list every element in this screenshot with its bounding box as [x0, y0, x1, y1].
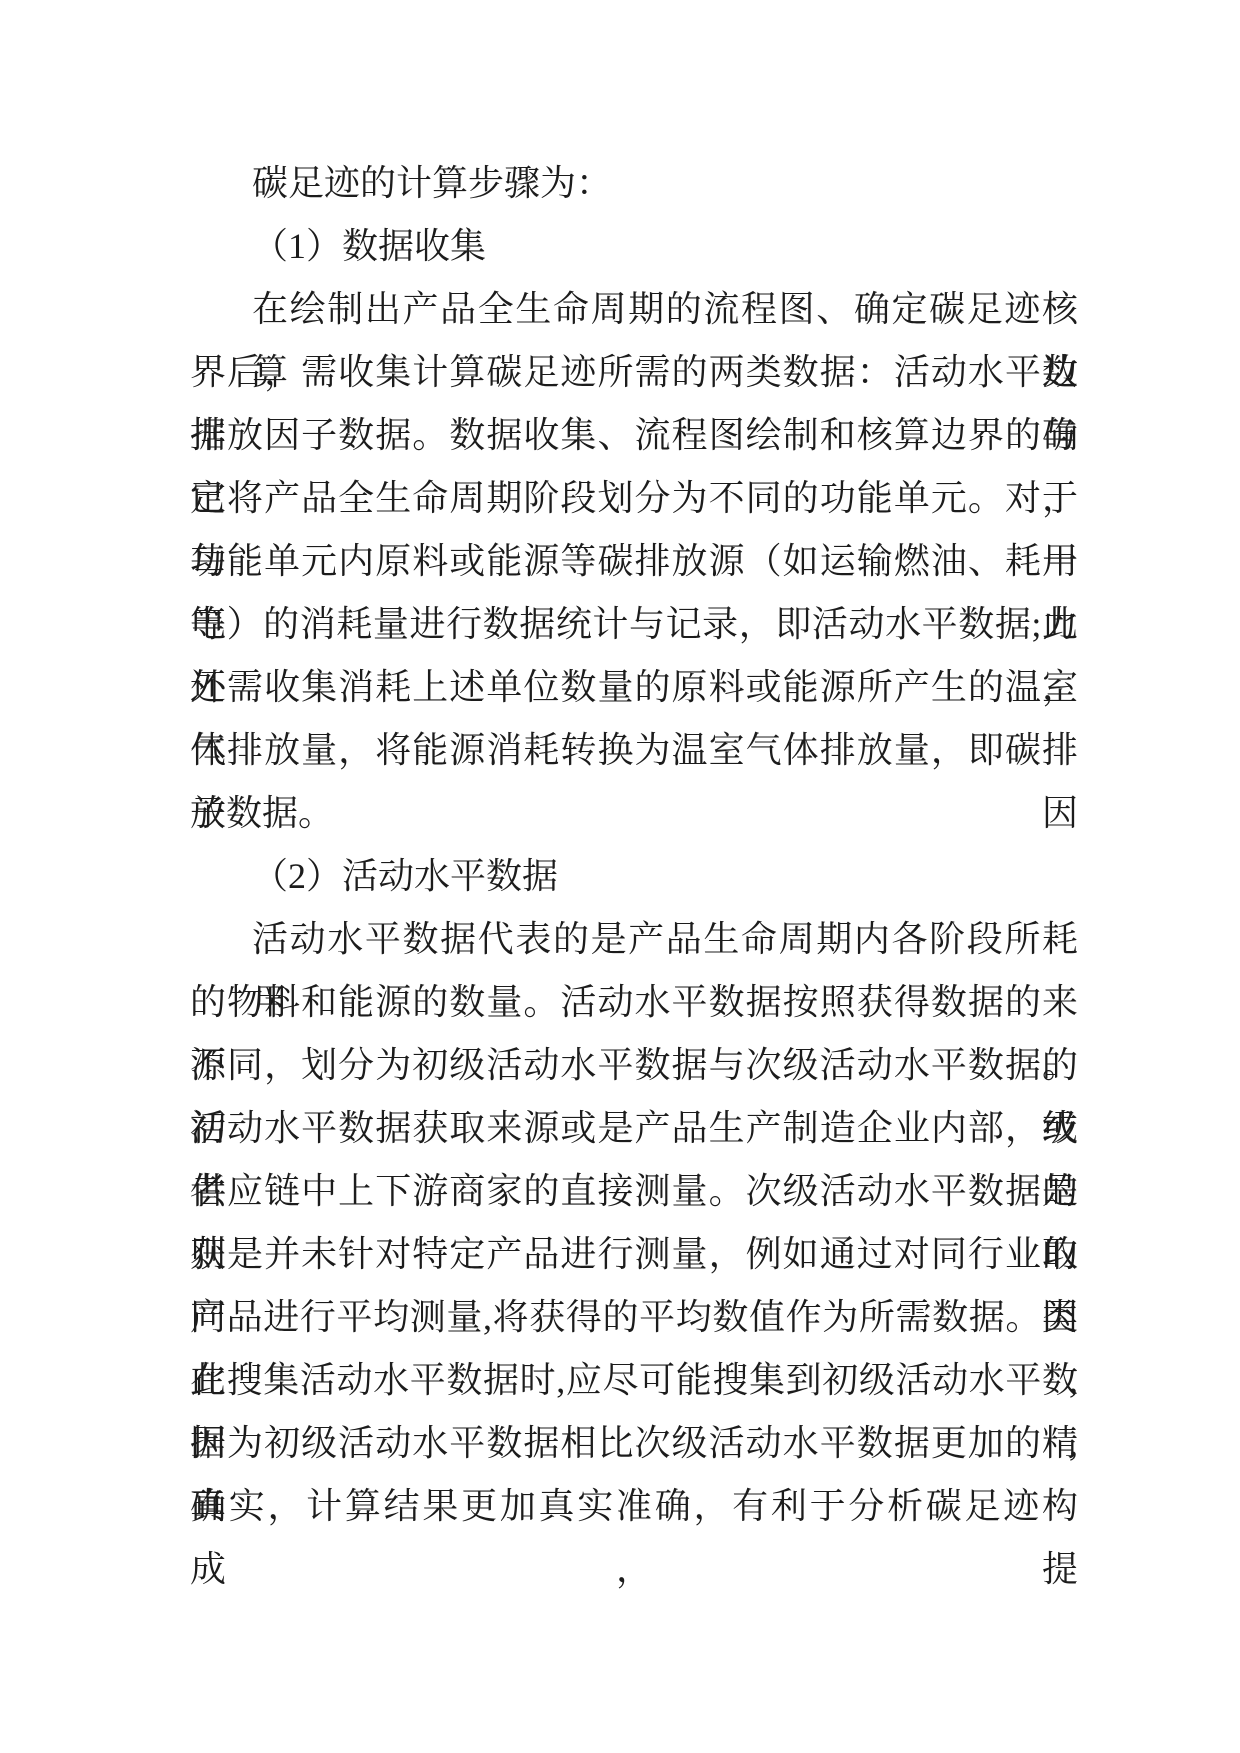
- text-line: 在绘制出产品全生命周期的流程图、确定碳足迹核算边: [190, 278, 1078, 341]
- paragraph-heading-2: （2）活动水平数据: [190, 845, 1078, 908]
- paragraph-lead: 碳足迹的计算步骤为：: [190, 152, 1078, 215]
- text-line: 真实，计算结果更加真实准确，有利于分析碳足迹构成，提: [190, 1475, 1078, 1538]
- paragraph-heading-1: （1）数据收集: [190, 215, 1078, 278]
- text-line: 碳足迹的计算步骤为：: [190, 152, 1078, 215]
- text-line: 供应链中上下游商家的直接测量。次级活动水平数据的获取: [190, 1160, 1078, 1223]
- text-line: 体排放量，将能源消耗转换为温室气体排放量，即碳排放因: [190, 719, 1078, 782]
- paragraph-activity-data: 活动水平数据代表的是产品生命周期内各阶段所耗用 的物料和能源的数量。活动水平数据…: [190, 908, 1078, 1538]
- text-line: （2）活动水平数据: [190, 845, 1078, 908]
- text-line: 还需收集消耗上述单位数量的原料或能源所产生的温室气: [190, 656, 1078, 719]
- paragraph-data-collection: 在绘制出产品全生命周期的流程图、确定碳足迹核算边 界后，需收集计算碳足迹所需的两…: [190, 278, 1078, 845]
- text-line: 已将产品全生命周期阶段划分为不同的功能单元。对于每一: [190, 467, 1078, 530]
- text-line: 界后，需收集计算碳足迹所需的两类数据：活动水平数据与: [190, 341, 1078, 404]
- text-line: 排放因子数据。数据收集、流程图绘制和核算边界的确定，: [190, 404, 1078, 467]
- text-line: 在搜集活动水平数据时,应尽可能搜集到初级活动水平数据,: [190, 1349, 1078, 1412]
- text-line: 功能单元内原料或能源等碳排放源（如运输燃油、耗用电力: [190, 530, 1078, 593]
- text-line: 产品进行平均测量,将获得的平均数值作为所需数据。因此,: [190, 1286, 1078, 1349]
- text-line: 等）的消耗量进行数据统计与记录，即活动水平数据;此外，: [190, 593, 1078, 656]
- text-line: 不同，划分为初级活动水平数据与次级活动水平数据。初级: [190, 1034, 1078, 1097]
- text-line: 的物料和能源的数量。活动水平数据按照获得数据的来源的: [190, 971, 1078, 1034]
- document-page: 碳足迹的计算步骤为： （1）数据收集 在绘制出产品全生命周期的流程图、确定碳足迹…: [0, 0, 1240, 1753]
- document-text-block: 碳足迹的计算步骤为： （1）数据收集 在绘制出产品全生命周期的流程图、确定碳足迹…: [190, 152, 1078, 1538]
- text-line: 因为初级活动水平数据相比次级活动水平数据更加的精确: [190, 1412, 1078, 1475]
- text-line: （1）数据收集: [190, 215, 1078, 278]
- text-line: 活动水平数据获取来源或是产品生产制造企业内部，或者是: [190, 1097, 1078, 1160]
- text-line: 活动水平数据代表的是产品生命周期内各阶段所耗用: [190, 908, 1078, 971]
- text-line: 则是并未针对特定产品进行测量，例如通过对同行业的同类: [190, 1223, 1078, 1286]
